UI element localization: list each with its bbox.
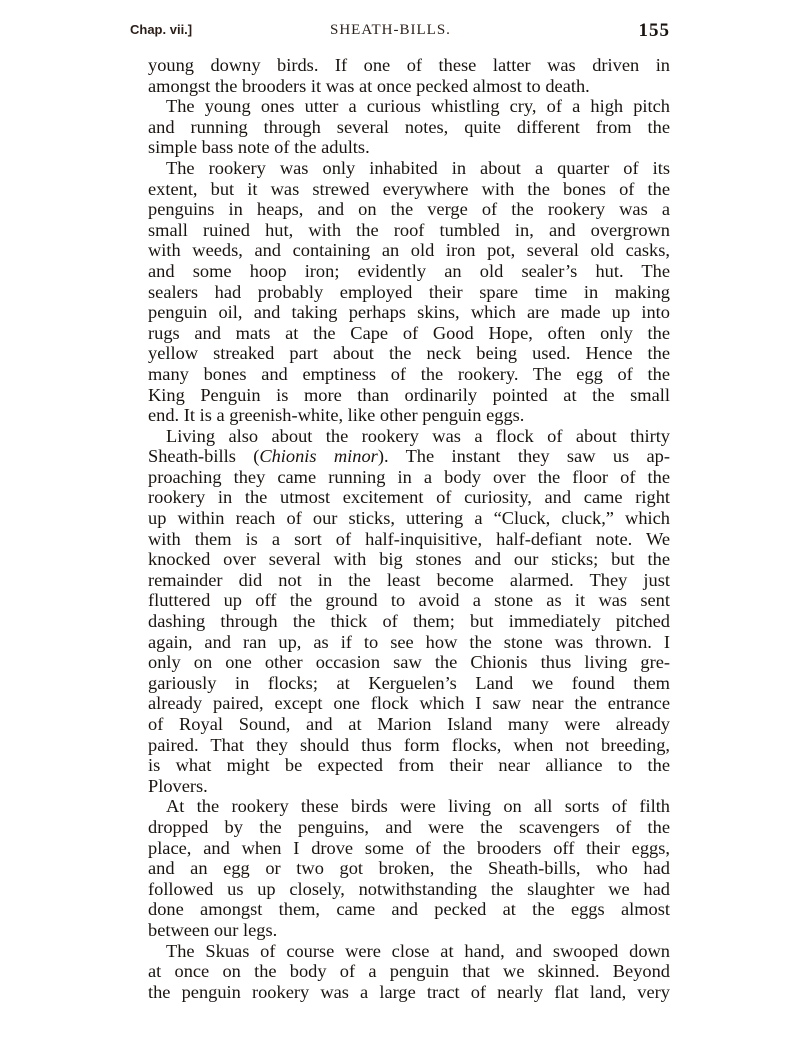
text-line: amongst the brooders it was at once peck… bbox=[130, 76, 670, 97]
text-line: with weeds, and containing an old iron p… bbox=[130, 240, 670, 261]
text-line: dashing through the thick of them; but i… bbox=[130, 611, 670, 632]
text-line: remainder did not in the least become al… bbox=[130, 570, 670, 591]
text-line: sealers had probably employed their spar… bbox=[130, 282, 670, 303]
text-line-with-species-name: Sheath-bills (Chionis minor). The instan… bbox=[130, 446, 670, 467]
page-title: SHEATH-BILLS. bbox=[330, 22, 451, 39]
text-line: rugs and mats at the Cape of Good Hope, … bbox=[130, 323, 670, 344]
text-line: and an egg or two got broken, the Sheath… bbox=[130, 858, 670, 879]
text-line: Plovers. bbox=[130, 776, 670, 797]
text-line: place, and when I drove some of the broo… bbox=[130, 838, 670, 859]
text-line: penguin oil, and taking perhaps skins, w… bbox=[130, 302, 670, 323]
text-line: and some hoop iron; evidently an old sea… bbox=[130, 261, 670, 282]
running-header: Chap. vii.] SHEATH-BILLS. 155 bbox=[130, 20, 670, 50]
text-line: small ruined hut, with the roof tumbled … bbox=[130, 220, 670, 241]
text-line: The young ones utter a curious whistling… bbox=[130, 96, 670, 117]
text-line: gariously in flocks; at Kerguelen’s Land… bbox=[130, 673, 670, 694]
text-line: paired. That they should thus form flock… bbox=[130, 735, 670, 756]
text-line: The rookery was only inhabited in about … bbox=[130, 158, 670, 179]
text-line: rookery in the utmost excitement of curi… bbox=[130, 487, 670, 508]
text-line: is what might be expected from their nea… bbox=[130, 755, 670, 776]
chapter-label: Chap. vii.] bbox=[130, 22, 192, 37]
text-line: many bones and emptiness of the rookery.… bbox=[130, 364, 670, 385]
text-line: up within reach of our sticks, uttering … bbox=[130, 508, 670, 529]
paragraph: Living also about the rookery was a floc… bbox=[130, 426, 670, 797]
text-line: extent, but it was strewed everywhere wi… bbox=[130, 179, 670, 200]
text-line: simple bass note of the adults. bbox=[130, 137, 670, 158]
text-line: again, and ran up, as if to see how the … bbox=[130, 632, 670, 653]
text-line: King Penguin is more than ordinarily poi… bbox=[130, 385, 670, 406]
text-line: already paired, except one flock which I… bbox=[130, 693, 670, 714]
species-name-italic: Chionis minor bbox=[259, 446, 378, 466]
text-line: done amongst them, came and pecked at th… bbox=[130, 899, 670, 920]
text-line: of Royal Sound, and at Marion Island man… bbox=[130, 714, 670, 735]
text-line: proaching they came running in a body ov… bbox=[130, 467, 670, 488]
text-line: knocked over several with big stones and… bbox=[130, 549, 670, 570]
text-line: only on one other occasion saw the Chion… bbox=[130, 652, 670, 673]
text-line: young downy birds. If one of these latte… bbox=[130, 55, 670, 76]
body-text: young downy birds. If one of these latte… bbox=[130, 55, 670, 1002]
text-line: with them is a sort of half-inquisitive,… bbox=[130, 529, 670, 550]
text-line: followed us up closely, notwithstanding … bbox=[130, 879, 670, 900]
text-line: dropped by the penguins, and were the sc… bbox=[130, 817, 670, 838]
text-line: At the rookery these birds were living o… bbox=[130, 796, 670, 817]
text-line: and running through several notes, quite… bbox=[130, 117, 670, 138]
book-page: Chap. vii.] SHEATH-BILLS. 155 young down… bbox=[130, 0, 670, 1002]
text-line: the penguin rookery was a large tract of… bbox=[130, 982, 670, 1003]
paragraph: At the rookery these birds were living o… bbox=[130, 796, 670, 940]
text-line: at once on the body of a penguin that we… bbox=[130, 961, 670, 982]
text-line: end. It is a greenish-white, like other … bbox=[130, 405, 670, 426]
paragraph: The rookery was only inhabited in about … bbox=[130, 158, 670, 426]
text-line: yellow streaked part about the neck bein… bbox=[130, 343, 670, 364]
text-line: penguins in heaps, and on the verge of t… bbox=[130, 199, 670, 220]
text-line: Living also about the rookery was a floc… bbox=[130, 426, 670, 447]
text-line: between our legs. bbox=[130, 920, 670, 941]
text-line: fluttered up off the ground to avoid a s… bbox=[130, 590, 670, 611]
text-line: The Skuas of course were close at hand, … bbox=[130, 941, 670, 962]
text-fragment: Sheath-bills ( bbox=[148, 446, 259, 466]
paragraph: The Skuas of course were close at hand, … bbox=[130, 941, 670, 1003]
paragraph: young downy birds. If one of these latte… bbox=[130, 55, 670, 96]
paragraph: The young ones utter a curious whistling… bbox=[130, 96, 670, 158]
page-number: 155 bbox=[639, 20, 671, 42]
text-fragment: ). The instant they saw us ap- bbox=[378, 446, 670, 466]
